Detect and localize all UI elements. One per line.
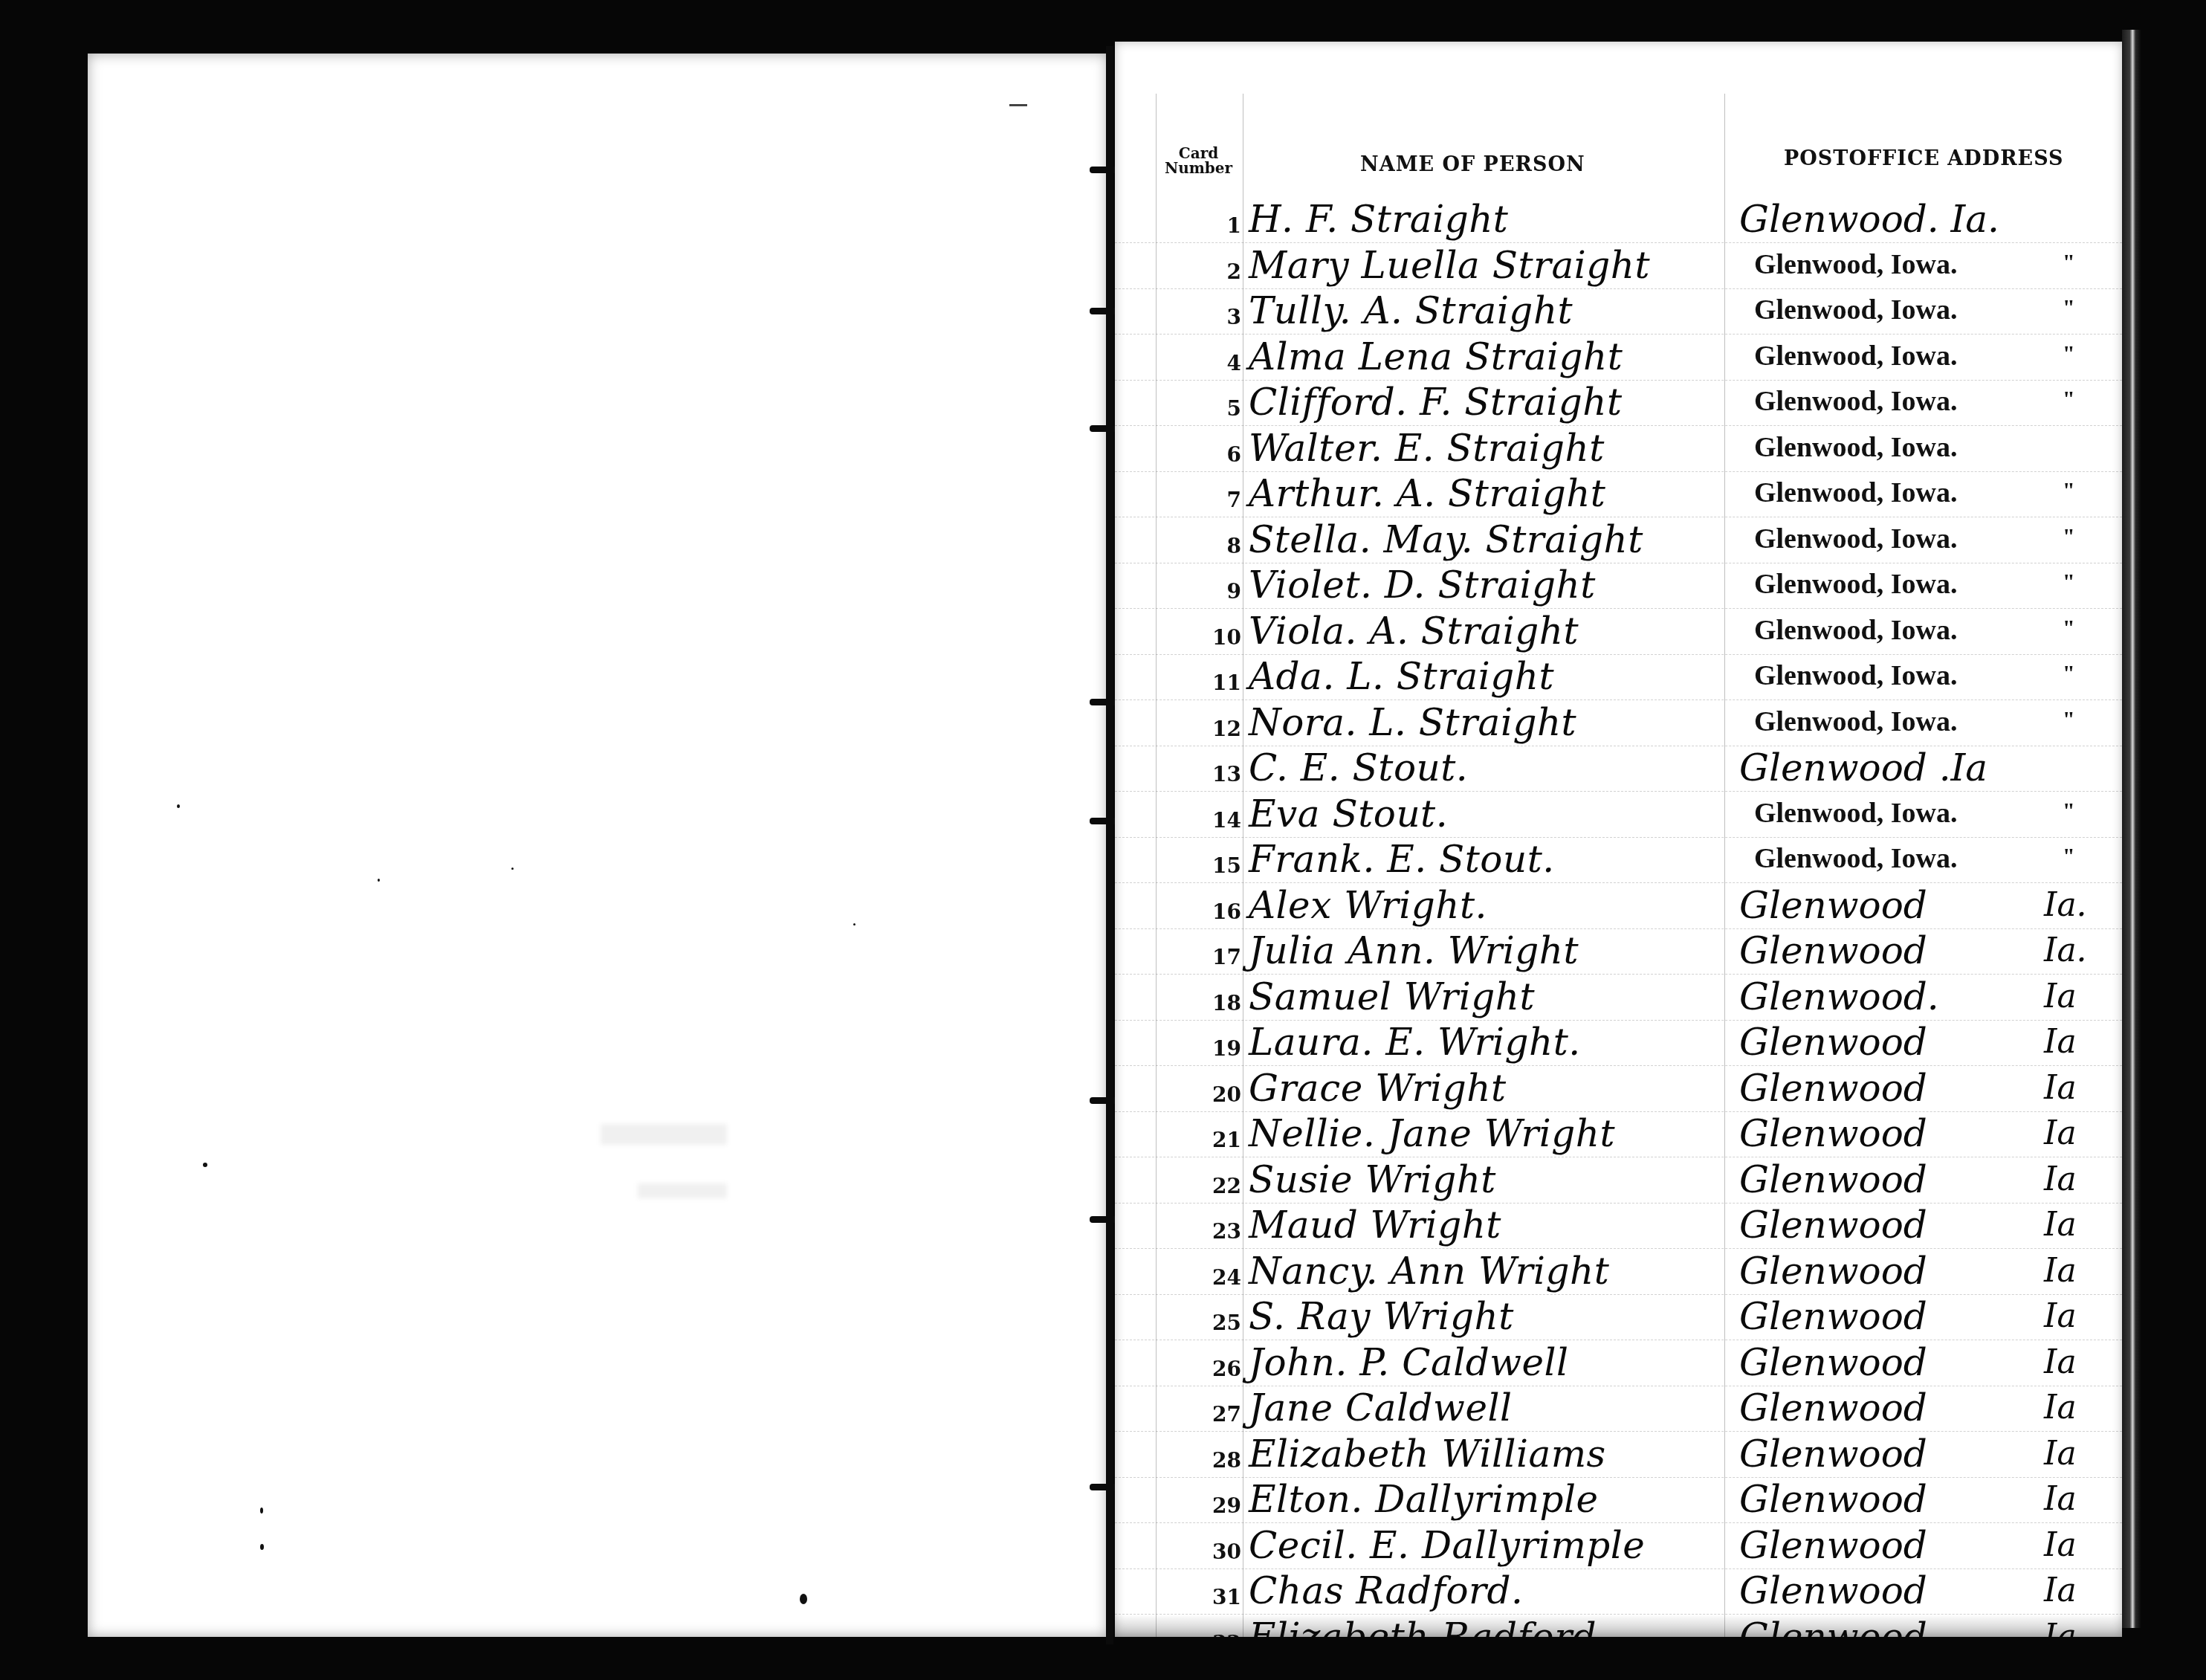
ledger-entry-row: 11Ada. L. StraightGlenwood, Iowa." bbox=[1115, 655, 2122, 700]
card-number: 31 bbox=[1182, 1585, 1241, 1609]
card-number: 16 bbox=[1182, 899, 1241, 924]
person-name: Violet. D. Straight bbox=[1249, 563, 1596, 607]
postoffice-address: Glenwood, Iowa. bbox=[1754, 614, 1957, 647]
person-name: Elizabeth Williams bbox=[1249, 1432, 1606, 1476]
state-abbrev: Ia bbox=[2044, 978, 2077, 1015]
postoffice-address: Glenwood bbox=[1739, 1386, 1927, 1429]
ditto-mark: " bbox=[2063, 524, 2075, 549]
ledger-entry-row: 28Elizabeth WilliamsGlenwoodIa bbox=[1115, 1432, 2122, 1478]
postoffice-address: Glenwood bbox=[1739, 1432, 1927, 1476]
person-name: S. Ray Wright bbox=[1249, 1295, 1514, 1338]
card-number: 14 bbox=[1182, 808, 1241, 833]
ledger-entry-row: 2Mary Luella StraightGlenwood, Iowa." bbox=[1115, 244, 2122, 289]
ledger-entry-row: 18Samuel WrightGlenwood.Ia bbox=[1115, 975, 2122, 1021]
state-abbrev: Ia. bbox=[2044, 886, 2087, 924]
postoffice-address: Glenwood bbox=[1739, 884, 1927, 927]
ledger-entry-row: 7Arthur. A. StraightGlenwood, Iowa." bbox=[1115, 472, 2122, 517]
postoffice-address: Glenwood, Iowa. bbox=[1754, 568, 1957, 601]
ink-speck bbox=[260, 1508, 263, 1513]
person-name: Elton. Dallyrimple bbox=[1249, 1478, 1599, 1521]
ledger-entry-row: 26John. P. CaldwellGlenwoodIa bbox=[1115, 1341, 2122, 1386]
state-abbrev: Ia bbox=[2044, 1343, 2077, 1381]
postoffice-address: Glenwood, Iowa. bbox=[1754, 523, 1957, 555]
person-name: Mary Luella Straight bbox=[1249, 244, 1650, 287]
person-name: Stella. May. Straight bbox=[1249, 518, 1643, 561]
postoffice-address: Glenwood bbox=[1739, 1067, 1927, 1110]
ledger-entry-row: 1H. F. StraightGlenwood. Ia. bbox=[1115, 198, 2122, 243]
ledger-page: CardNumber NAME OF PERSON POSTOFFICE ADD… bbox=[1115, 42, 2122, 1637]
postoffice-address: Glenwood, Iowa. bbox=[1754, 842, 1957, 875]
state-abbrev: Ia bbox=[2044, 1389, 2077, 1427]
header-postoffice-address: POSTOFFICE ADDRESS bbox=[1784, 147, 2064, 170]
card-number: 18 bbox=[1182, 991, 1241, 1015]
state-abbrev: Ia bbox=[2044, 1297, 2077, 1335]
state-abbrev: Ia bbox=[2044, 1023, 2077, 1061]
postoffice-address: Glenwood bbox=[1739, 1341, 1927, 1384]
card-number: 4 bbox=[1182, 351, 1241, 375]
ditto-mark: " bbox=[2063, 478, 2075, 503]
ledger-entry-row: 6Walter. E. StraightGlenwood, Iowa. bbox=[1115, 427, 2122, 472]
card-number: 10 bbox=[1182, 625, 1241, 650]
state-abbrev: Ia bbox=[2044, 1069, 2077, 1107]
card-number: 12 bbox=[1182, 717, 1241, 741]
card-number: 17 bbox=[1182, 945, 1241, 969]
ditto-mark: " bbox=[2063, 250, 2075, 275]
ledger-entry-row: 20Grace WrightGlenwoodIa bbox=[1115, 1067, 2122, 1112]
ink-speck bbox=[378, 879, 380, 882]
ditto-mark: " bbox=[2063, 341, 2075, 366]
ditto-mark: " bbox=[2063, 387, 2075, 412]
person-name: Chas Radford. bbox=[1249, 1569, 1523, 1612]
ledger-entry-row: 24Nancy. Ann WrightGlenwoodIa bbox=[1115, 1250, 2122, 1295]
card-number: 21 bbox=[1182, 1128, 1241, 1152]
person-name: Eva Stout. bbox=[1249, 792, 1448, 836]
person-name: Jane Caldwell bbox=[1249, 1386, 1512, 1429]
state-abbrev: Ia bbox=[2044, 1114, 2077, 1152]
postoffice-address: Glenwood bbox=[1739, 1158, 1927, 1201]
ledger-header: CardNumber NAME OF PERSON POSTOFFICE ADD… bbox=[1115, 94, 2122, 198]
header-name-of-person: NAME OF PERSON bbox=[1360, 153, 1585, 176]
person-name: Ada. L. Straight bbox=[1249, 655, 1554, 698]
card-number: 19 bbox=[1182, 1036, 1241, 1061]
postoffice-address: Glenwood, Iowa. bbox=[1754, 431, 1957, 464]
postoffice-address: Glenwood. bbox=[1739, 975, 1939, 1018]
card-number: 5 bbox=[1182, 396, 1241, 421]
ledger-entry-row: 30Cecil. E. DallyrimpleGlenwoodIa bbox=[1115, 1524, 2122, 1569]
person-name: Alex Wright. bbox=[1249, 884, 1487, 927]
ditto-mark: " bbox=[2063, 616, 2075, 641]
person-name: Susie Wright bbox=[1249, 1158, 1496, 1201]
state-abbrev: Ia bbox=[2044, 1480, 2077, 1518]
postoffice-address: Glenwood, Iowa. bbox=[1754, 385, 1957, 418]
ink-speck bbox=[853, 923, 855, 925]
card-number: 2 bbox=[1182, 259, 1241, 284]
ink-speck bbox=[511, 868, 514, 870]
card-number: 30 bbox=[1182, 1540, 1241, 1564]
ledger-entry-row: 16Alex Wright.GlenwoodIa. bbox=[1115, 884, 2122, 929]
postoffice-address: Glenwood bbox=[1739, 1112, 1927, 1155]
person-name: Nancy. Ann Wright bbox=[1249, 1250, 1609, 1293]
postoffice-address: Glenwood, Iowa. bbox=[1754, 797, 1957, 830]
ink-speck bbox=[203, 1163, 207, 1167]
page-edge bbox=[2122, 30, 2141, 1628]
ledger-entry-row: 23Maud WrightGlenwoodIa bbox=[1115, 1204, 2122, 1249]
ledger-entry-row: 22Susie WrightGlenwoodIa bbox=[1115, 1158, 2122, 1204]
person-name: Cecil. E. Dallyrimple bbox=[1249, 1524, 1645, 1567]
card-number: 22 bbox=[1182, 1174, 1241, 1198]
person-name: John. P. Caldwell bbox=[1249, 1341, 1569, 1384]
smudge bbox=[638, 1183, 727, 1198]
ledger-entry-row: 29Elton. DallyrimpleGlenwoodIa bbox=[1115, 1478, 2122, 1523]
person-name: Alma Lena Straight bbox=[1249, 335, 1623, 378]
ledger-entry-row: 27Jane CaldwellGlenwoodIa bbox=[1115, 1386, 2122, 1432]
person-name: C. E. Stout. bbox=[1249, 746, 1468, 789]
ditto-mark: " bbox=[2063, 569, 2075, 595]
postoffice-address: Glenwood, Iowa. bbox=[1754, 659, 1957, 692]
page-bottom-shadow bbox=[1115, 1615, 2122, 1637]
ledger-entry-row: 25S. Ray WrightGlenwoodIa bbox=[1115, 1295, 2122, 1340]
state-abbrev: Ia bbox=[2044, 1206, 2077, 1244]
ledger-entry-row: 10Viola. A. StraightGlenwood, Iowa." bbox=[1115, 610, 2122, 655]
state-abbrev: Ia bbox=[2044, 1526, 2077, 1564]
card-number: 26 bbox=[1182, 1357, 1241, 1381]
book-binding bbox=[1106, 46, 1113, 1644]
ledger-entry-row: 13C. E. Stout.Glenwood .Ia bbox=[1115, 746, 2122, 792]
ditto-mark: " bbox=[2063, 844, 2075, 869]
person-name: Laura. E. Wright. bbox=[1249, 1021, 1581, 1064]
person-name: H. F. Straight bbox=[1249, 198, 1508, 241]
postoffice-address: Glenwood bbox=[1739, 1295, 1927, 1338]
ledger-entry-row: 15Frank. E. Stout.Glenwood, Iowa." bbox=[1115, 838, 2122, 883]
ink-speck bbox=[177, 804, 180, 808]
postoffice-address: Glenwood, Iowa. bbox=[1754, 294, 1957, 326]
card-number: 9 bbox=[1182, 579, 1241, 604]
person-name: Samuel Wright bbox=[1249, 975, 1535, 1018]
ditto-mark: " bbox=[2063, 798, 2075, 824]
person-name: Julia Ann. Wright bbox=[1249, 929, 1579, 972]
postoffice-address: Glenwood bbox=[1739, 1250, 1927, 1293]
state-abbrev: Ia bbox=[2044, 1571, 2077, 1609]
ditto-mark: " bbox=[2063, 295, 2075, 320]
ink-speck bbox=[800, 1594, 807, 1604]
postoffice-address: Glenwood bbox=[1739, 1204, 1927, 1247]
ledger-entry-row: 5Clifford. F. StraightGlenwood, Iowa." bbox=[1115, 381, 2122, 426]
person-name: Tully. A. Straight bbox=[1249, 289, 1573, 332]
state-abbrev: Ia bbox=[2044, 1435, 2077, 1473]
ditto-mark: " bbox=[2063, 707, 2075, 732]
person-name: Maud Wright bbox=[1249, 1204, 1501, 1247]
ledger-entry-row: 14Eva Stout.Glenwood, Iowa." bbox=[1115, 792, 2122, 838]
person-name: Arthur. A. Straight bbox=[1249, 472, 1605, 515]
postoffice-address: Glenwood, Iowa. bbox=[1754, 705, 1957, 738]
card-number: 1 bbox=[1182, 213, 1241, 238]
person-name: Nora. L. Straight bbox=[1249, 701, 1576, 744]
card-number: 27 bbox=[1182, 1402, 1241, 1427]
card-number: 11 bbox=[1182, 671, 1241, 695]
ink-dash bbox=[1009, 104, 1027, 106]
state-abbrev: Ia. bbox=[2044, 931, 2087, 969]
card-number: 20 bbox=[1182, 1082, 1241, 1107]
card-number: 15 bbox=[1182, 853, 1241, 878]
ledger-entry-row: 12Nora. L. StraightGlenwood, Iowa." bbox=[1115, 701, 2122, 746]
card-number: 29 bbox=[1182, 1493, 1241, 1518]
postoffice-address: Glenwood, Iowa. bbox=[1754, 340, 1957, 372]
card-number: 7 bbox=[1182, 488, 1241, 512]
card-number: 8 bbox=[1182, 534, 1241, 558]
scan-background: CardNumber NAME OF PERSON POSTOFFICE ADD… bbox=[0, 0, 2206, 1680]
ledger-entry-row: 8Stella. May. StraightGlenwood, Iowa." bbox=[1115, 518, 2122, 563]
left-page-blank bbox=[88, 54, 1107, 1637]
postoffice-address: Glenwood. Ia. bbox=[1739, 198, 1999, 241]
postoffice-address: Glenwood bbox=[1739, 1569, 1927, 1612]
person-name: Grace Wright bbox=[1249, 1067, 1506, 1110]
card-number: 6 bbox=[1182, 442, 1241, 467]
person-name: Frank. E. Stout. bbox=[1249, 838, 1555, 881]
person-name: Clifford. F. Straight bbox=[1249, 381, 1623, 424]
card-number: 24 bbox=[1182, 1265, 1241, 1290]
ledger-entry-row: 3Tully. A. StraightGlenwood, Iowa." bbox=[1115, 289, 2122, 335]
person-name: Walter. E. Straight bbox=[1249, 427, 1605, 470]
header-card-number: CardNumber bbox=[1156, 146, 1241, 175]
ledger-entry-row: 19Laura. E. Wright.GlenwoodIa bbox=[1115, 1021, 2122, 1066]
person-name: Nellie. Jane Wright bbox=[1249, 1112, 1615, 1155]
state-abbrev: Ia bbox=[2044, 1252, 2077, 1290]
postoffice-address: Glenwood bbox=[1739, 1524, 1927, 1567]
card-number: 28 bbox=[1182, 1448, 1241, 1473]
postoffice-address: Glenwood bbox=[1739, 1021, 1927, 1064]
state-abbrev: Ia bbox=[2044, 1160, 2077, 1198]
card-number: 25 bbox=[1182, 1311, 1241, 1335]
person-name: Viola. A. Straight bbox=[1249, 610, 1579, 653]
card-number: 3 bbox=[1182, 305, 1241, 329]
postoffice-address: Glenwood .Ia bbox=[1739, 746, 1987, 789]
ditto-mark: " bbox=[2063, 661, 2075, 686]
ledger-entry-row: 9Violet. D. StraightGlenwood, Iowa." bbox=[1115, 563, 2122, 609]
postoffice-address: Glenwood, Iowa. bbox=[1754, 476, 1957, 509]
postoffice-address: Glenwood bbox=[1739, 929, 1927, 972]
ledger-entry-row: 17Julia Ann. WrightGlenwoodIa. bbox=[1115, 929, 2122, 975]
card-number: 13 bbox=[1182, 762, 1241, 786]
ledger-entry-row: 21Nellie. Jane WrightGlenwoodIa bbox=[1115, 1112, 2122, 1157]
ink-speck bbox=[260, 1544, 264, 1550]
card-number: 23 bbox=[1182, 1219, 1241, 1244]
postoffice-address: Glenwood bbox=[1739, 1478, 1927, 1521]
smudge bbox=[601, 1124, 727, 1145]
ledger-entry-row: 4Alma Lena StraightGlenwood, Iowa." bbox=[1115, 335, 2122, 381]
postoffice-address: Glenwood, Iowa. bbox=[1754, 248, 1957, 281]
ledger-entry-row: 31Chas Radford.GlenwoodIa bbox=[1115, 1569, 2122, 1615]
